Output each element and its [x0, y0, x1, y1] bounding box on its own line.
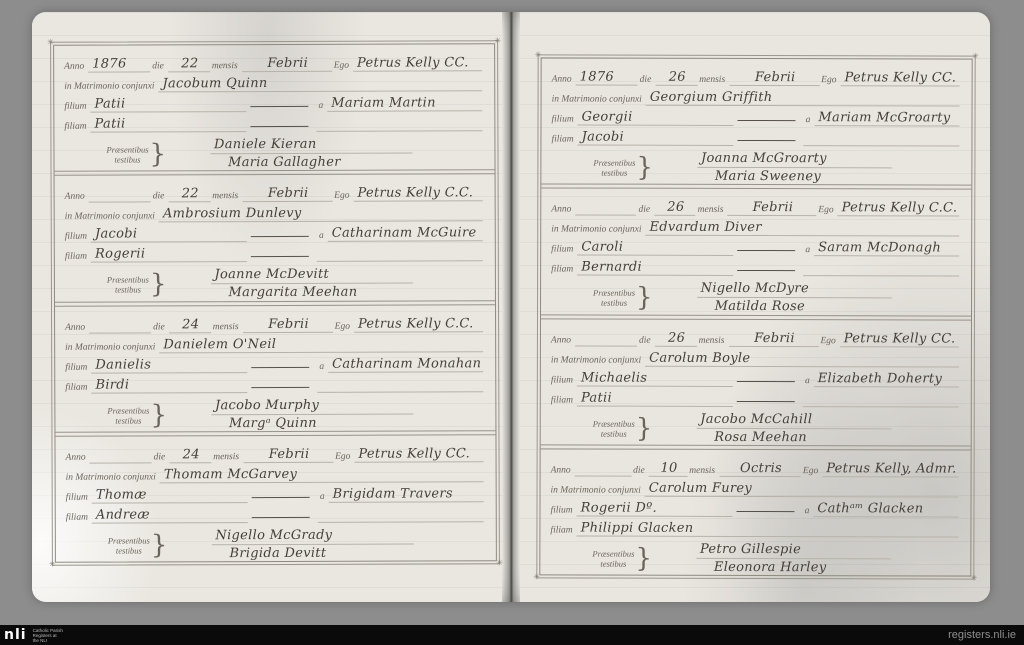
label-ego: Ego	[333, 321, 354, 332]
field-witness1: Joanne McDevitt	[210, 266, 412, 285]
label-die: die	[151, 322, 169, 333]
ink-dash	[738, 140, 796, 141]
witness-names: Jacobo Murphy Margᵃ Quinn	[211, 396, 484, 432]
entry-groom-row: in Matrimonio conjunxi Ambrosium Dunlevy	[63, 202, 483, 223]
label-filium: filium	[62, 102, 90, 113]
field-witness1: Daniele Kieran	[210, 136, 412, 155]
label-testibus: Præsentibus testibus	[107, 405, 149, 425]
label-ego: Ego	[332, 61, 353, 72]
field-groom-father: Rogerii Dº.	[577, 500, 733, 516]
label-filium: filium	[549, 245, 577, 256]
field-year	[89, 202, 151, 203]
label-testibus: Præsentibus testibus	[592, 548, 634, 568]
label-a: a	[803, 506, 814, 517]
field-groom-father: Jacobi	[91, 226, 247, 243]
brace-glyph: }	[635, 543, 652, 573]
field-witness2: Maria Gallagher	[224, 153, 426, 171]
witness-names: Petro Gillespie Eleonora Harley	[696, 541, 959, 576]
field-year: 1876	[88, 56, 150, 72]
label-filium: filium	[63, 362, 91, 373]
entry-bride-father-row: filiam Patii	[549, 386, 959, 407]
label-a: a	[803, 245, 814, 256]
field-bride: Mariam McGroarty	[814, 110, 959, 126]
entry-date-row: Anno 1876 die 26 mensis Febrii Ego Petru…	[550, 65, 960, 86]
label-filiam: filiam	[548, 525, 576, 536]
entry-groom-row: in Matrimonio conjunxi Thomam McGarvey	[64, 462, 484, 483]
nli-caption: Catholic Parish Registers at the NLI	[33, 628, 63, 643]
entry-fathers-row: filium Georgii a Mariam McGroarty	[550, 105, 960, 126]
field-witness2: Eleonora Harley	[710, 559, 905, 576]
marriage-entry: Anno 1876 die 22 mensis Febrii Ego Petru…	[54, 44, 494, 171]
label-anno: Anno	[549, 335, 575, 346]
field-bride-father: Jacobi	[578, 130, 734, 146]
field-bride: Cathᵃᵐ Glacken	[813, 501, 958, 517]
entry-bride-father-row: filiam Andreæ	[64, 502, 484, 523]
field-bride-father: Patii	[91, 116, 247, 133]
field-year	[89, 332, 151, 333]
ink-dash	[251, 386, 309, 387]
field-witness2: Maria Sweeney	[711, 168, 906, 185]
ruled-line	[317, 130, 483, 132]
label-a: a	[317, 231, 328, 242]
field-day: 24	[169, 447, 211, 463]
field-witness1: Nigello McGrady	[211, 526, 413, 545]
field-witness2: Rosa Meehan	[710, 428, 905, 445]
field-priest: Petrus Kelly C.C.	[353, 186, 482, 202]
field-witness2: Margarita Meehan	[225, 284, 427, 302]
field-day: 22	[168, 186, 210, 202]
witnesses-row: Præsentibus testibus } Daniele Kieran Ma…	[106, 135, 482, 171]
field-groom: Jacobum Quinn	[158, 75, 482, 92]
ruled-line	[803, 275, 959, 276]
ink-dash	[252, 497, 310, 498]
entry-groom-row: in Matrimonio conjunxi Jacobum Quinn	[62, 71, 482, 92]
entry-bride-father-row: filiam Patii	[62, 111, 482, 132]
entry-date-row: Anno die 26 mensis Febrii Ego Petrus Kel…	[549, 326, 959, 347]
label-a: a	[804, 115, 815, 126]
field-bride-father: Andreæ	[92, 507, 248, 524]
field-bride: Mariam Martin	[327, 95, 482, 112]
ink-dash	[251, 256, 309, 257]
brace-glyph: }	[636, 413, 653, 443]
label-conjunxi: in Matrimonio conjunxi	[549, 355, 645, 366]
field-groom-father: Georgii	[578, 110, 734, 126]
ruled-line	[733, 536, 959, 538]
label-filiam: filiam	[62, 122, 90, 133]
label-filiam: filiam	[64, 512, 92, 523]
corner-ornament: ✳	[49, 561, 56, 569]
field-month: Febrii	[727, 200, 816, 216]
entry-groom-row: in Matrimonio conjunxi Edvardum Diver	[549, 216, 959, 237]
label-testibus: Præsentibus testibus	[593, 288, 635, 308]
label-mensis: mensis	[697, 335, 729, 346]
page-frame: ✳ ✳ ✳ ✳ Anno 1876 die 22 mensis Febrii E…	[53, 43, 497, 563]
ink-dash	[251, 236, 309, 237]
label-anno: Anno	[64, 452, 90, 463]
field-witness1: Jacobo McCahill	[696, 410, 891, 429]
entry-date-row: Anno die 26 mensis Febrii Ego Petrus Kel…	[549, 196, 959, 217]
label-ego: Ego	[816, 205, 837, 216]
ink-dash	[250, 106, 308, 107]
ruled-line	[804, 145, 960, 146]
label-mensis: mensis	[696, 205, 728, 216]
label-conjunxi: in Matrimonio conjunxi	[63, 342, 159, 353]
field-bride-father: Rogerii	[91, 246, 247, 263]
entry-fathers-row: filium Thomæ a Brigidam Travers	[64, 482, 484, 503]
label-anno: Anno	[62, 62, 88, 73]
field-witness1: Petro Gillespie	[696, 541, 891, 560]
witnesses-row: Præsentibus testibus } Petro Gillespie E…	[592, 540, 958, 575]
label-anno: Anno	[63, 322, 89, 333]
ink-dash	[251, 126, 309, 127]
field-groom-father: Danielis	[91, 357, 247, 374]
field-groom-father: Caroli	[577, 240, 733, 256]
page-frame: ✳ ✳ ✳ ✳ Anno 1876 die 26 mensis Febrii E…	[539, 57, 972, 576]
witnesses-row: Præsentibus testibus } Jacobo Murphy Mar…	[107, 396, 483, 432]
label-mensis: mensis	[697, 75, 729, 86]
label-anno: Anno	[549, 205, 575, 216]
site-url: registers.nli.ie	[948, 629, 1024, 641]
field-day: 26	[655, 330, 697, 346]
brace-glyph: }	[149, 139, 166, 169]
field-witness1: Nigello McDyre	[697, 280, 892, 299]
ruled-line	[317, 391, 483, 393]
label-conjunxi: in Matrimonio conjunxi	[550, 94, 646, 105]
entry-date-row: Anno 1876 die 22 mensis Febrii Ego Petru…	[62, 51, 482, 72]
field-month: Febrii	[242, 186, 332, 202]
entry-bride-father-row: filiam Philippi Glacken	[548, 516, 958, 537]
field-month: Febrii	[243, 447, 333, 463]
register-page-right: ✳ ✳ ✳ ✳ Anno 1876 die 26 mensis Febrii E…	[520, 12, 990, 602]
label-die: die	[638, 75, 656, 86]
field-groom: Georgium Griffith	[646, 90, 960, 107]
field-groom: Thomam McGarvey	[160, 466, 484, 483]
ruled-line	[317, 261, 483, 263]
label-die: die	[631, 465, 649, 476]
corner-ornament: ✳	[535, 51, 542, 59]
label-conjunxi: in Matrimonio conjunxi	[62, 81, 158, 92]
nli-watermark-bar: nli Catholic Parish Registers at the NLI…	[0, 625, 1024, 645]
marriage-entry: Anno die 24 mensis Febrii Ego Petrus Kel…	[55, 435, 495, 562]
field-month: Febrii	[729, 70, 819, 86]
field-groom-father: Patii	[90, 96, 246, 113]
label-mensis: mensis	[211, 452, 243, 463]
label-anno: Anno	[63, 192, 89, 203]
entry-date-row: Anno die 22 mensis Febrii Ego Petrus Kel…	[63, 182, 483, 203]
entry-fathers-row: filium Rogerii Dº. a Cathᵃᵐ Glacken	[548, 496, 958, 517]
witnesses-row: Præsentibus testibus } Nigello McGrady B…	[108, 526, 484, 562]
field-witness2: Margᵃ Quinn	[225, 414, 427, 432]
label-testibus: Præsentibus testibus	[108, 535, 150, 555]
ruled-line	[803, 406, 959, 407]
label-anno: Anno	[549, 465, 575, 476]
entry-fathers-row: filium Jacobi a Catharinam McGuire	[63, 222, 483, 243]
field-priest: Petrus Kelly CC.	[840, 331, 959, 347]
field-bride-father: Birdi	[91, 377, 247, 394]
field-day: 10	[649, 460, 688, 476]
label-filiam: filiam	[549, 134, 577, 145]
witness-names: Daniele Kieran Maria Gallagher	[210, 135, 483, 171]
label-anno: Anno	[550, 74, 576, 85]
label-mensis: mensis	[210, 191, 242, 202]
field-bride-father: Bernardi	[577, 260, 733, 276]
marriage-entry: Anno die 26 mensis Febrii Ego Petrus Kel…	[541, 319, 971, 445]
label-filium: filium	[64, 492, 92, 503]
brace-glyph: }	[636, 153, 653, 183]
ink-dash	[252, 517, 310, 518]
entry-bride-father-row: filiam Rogerii	[63, 242, 483, 263]
witnesses-row: Præsentibus testibus } Jacobo McCahill R…	[593, 410, 959, 445]
label-ego: Ego	[332, 191, 353, 202]
field-priest: Petrus Kelly CC.	[840, 70, 959, 86]
field-groom: Ambrosium Dunlevy	[159, 206, 483, 223]
marriage-entry: Anno die 26 mensis Febrii Ego Petrus Kel…	[541, 189, 971, 315]
entry-groom-row: in Matrimonio conjunxi Carolum Boyle	[549, 346, 959, 367]
field-bride: Elizabeth Doherty	[814, 371, 959, 387]
register-book-scan: ✳ ✳ ✳ ✳ Anno 1876 die 22 mensis Febrii E…	[32, 12, 990, 602]
field-day: 26	[654, 200, 696, 216]
ink-dash	[737, 270, 795, 271]
label-die: die	[637, 335, 655, 346]
nli-logo: nli	[4, 625, 27, 645]
label-ego: Ego	[819, 75, 840, 86]
witness-names: Joanna McGroarty Maria Sweeney	[697, 150, 960, 185]
entry-fathers-row: filium Danielis a Catharinam Monahan	[63, 352, 483, 373]
entry-groom-row: in Matrimonio conjunxi Carolum Furey	[549, 476, 959, 497]
entry-groom-row: in Matrimonio conjunxi Georgium Griffith	[550, 85, 960, 106]
field-witness1: Joanna McGroarty	[697, 150, 892, 169]
label-a: a	[317, 361, 328, 372]
ink-dash	[737, 250, 795, 251]
field-day: 26	[655, 70, 697, 86]
field-bride: Catharinam Monahan	[328, 356, 483, 373]
label-a: a	[803, 376, 814, 387]
witness-names: Nigello McGrady Brigida Devitt	[211, 526, 484, 562]
field-priest: Petrus Kelly, Admr.	[822, 461, 958, 477]
label-mensis: mensis	[211, 322, 243, 333]
entry-fathers-row: filium Caroli a Saram McDonagh	[549, 236, 959, 257]
entry-bride-father-row: filiam Jacobi	[549, 125, 959, 146]
field-priest: Petrus Kelly C.C.	[838, 200, 960, 216]
witness-names: Nigello McDyre Matilda Rose	[697, 280, 960, 315]
entry-bride-father-row: filiam Birdi	[63, 372, 483, 393]
label-filiam: filiam	[549, 265, 577, 276]
label-conjunxi: in Matrimonio conjunxi	[549, 485, 645, 496]
label-testibus: Præsentibus testibus	[107, 275, 149, 295]
label-conjunxi: in Matrimonio conjunxi	[63, 212, 159, 223]
corner-ornament: ✳	[533, 573, 540, 581]
field-year	[575, 215, 636, 216]
ink-dash	[738, 120, 796, 121]
label-ego: Ego	[818, 336, 839, 347]
field-day: 24	[169, 317, 211, 333]
label-mensis: mensis	[687, 466, 719, 477]
field-year: 1876	[576, 70, 638, 86]
scan-viewer: ✳ ✳ ✳ ✳ Anno 1876 die 22 mensis Febrii E…	[0, 0, 1024, 645]
brace-glyph: }	[151, 530, 168, 560]
field-witness2: Brigida Devitt	[225, 544, 427, 562]
field-priest: Petrus Kelly CC.	[353, 55, 482, 71]
label-a: a	[318, 492, 329, 503]
witness-names: Jacobo McCahill Rosa Meehan	[696, 410, 959, 445]
marriage-entry: Anno die 24 mensis Febrii Ego Petrus Kel…	[55, 305, 495, 432]
register-page-left: ✳ ✳ ✳ ✳ Anno 1876 die 22 mensis Febrii E…	[32, 12, 502, 602]
marriage-entry: Anno die 22 mensis Febrii Ego Petrus Kel…	[55, 174, 495, 301]
field-groom: Danielem O'Neil	[159, 336, 483, 353]
entry-groom-row: in Matrimonio conjunxi Danielem O'Neil	[63, 332, 483, 353]
label-die: die	[152, 452, 170, 463]
field-groom-father: Thomæ	[92, 487, 248, 504]
corner-ornament: ✳	[971, 575, 978, 583]
field-witness2: Matilda Rose	[711, 298, 906, 315]
field-month: Febrii	[243, 316, 333, 332]
book-spine	[502, 12, 520, 602]
field-day: 22	[168, 56, 210, 72]
field-month: Febrii	[728, 330, 818, 346]
label-die: die	[151, 192, 169, 203]
label-filium: filium	[550, 114, 578, 125]
field-month: Octris	[719, 461, 801, 477]
field-witness1: Jacobo Murphy	[211, 396, 413, 415]
label-filiam: filiam	[63, 382, 91, 393]
field-groom-father: Michaelis	[577, 370, 733, 386]
witnesses-row: Præsentibus testibus } Joanna McGroarty …	[593, 150, 959, 185]
field-month: Febrii	[242, 56, 332, 72]
ink-dash	[737, 400, 795, 401]
field-groom: Carolum Furey	[645, 480, 959, 497]
entry-fathers-row: filium Patii a Mariam Martin	[62, 91, 482, 112]
label-filiam: filiam	[63, 252, 91, 263]
ink-dash	[251, 366, 309, 367]
marriage-entry: Anno die 10 mensis Octris Ego Petrus Kel…	[540, 449, 970, 575]
label-conjunxi: in Matrimonio conjunxi	[549, 225, 645, 236]
label-mensis: mensis	[210, 61, 242, 72]
witness-names: Joanne McDevitt Margarita Meehan	[210, 266, 483, 302]
label-ego: Ego	[801, 466, 822, 477]
label-conjunxi: in Matrimonio conjunxi	[64, 472, 160, 483]
ruled-line	[318, 521, 484, 523]
label-die: die	[150, 61, 168, 72]
witnesses-row: Præsentibus testibus } Nigello McDyre Ma…	[593, 280, 959, 315]
label-filiam: filiam	[549, 395, 577, 406]
field-year	[90, 462, 152, 463]
ink-dash	[737, 511, 795, 512]
corner-ornament: ✳	[47, 39, 54, 47]
entry-fathers-row: filium Michaelis a Elizabeth Doherty	[549, 366, 959, 387]
label-ego: Ego	[333, 451, 354, 462]
field-groom: Carolum Boyle	[645, 350, 959, 367]
label-die: die	[637, 205, 655, 216]
brace-glyph: }	[150, 400, 167, 430]
field-priest: Petrus Kelly C.C.	[354, 316, 483, 332]
field-bride: Catharinam McGuire	[328, 226, 483, 243]
field-bride-father: Patii	[577, 390, 733, 406]
ink-dash	[737, 380, 795, 381]
field-bride: Saram McDonagh	[814, 240, 959, 256]
corner-ornament: ✳	[496, 559, 503, 567]
field-bride: Brigidam Travers	[329, 486, 484, 503]
entry-date-row: Anno die 24 mensis Febrii Ego Petrus Kel…	[63, 312, 483, 333]
label-testibus: Præsentibus testibus	[593, 158, 635, 178]
brace-glyph: }	[636, 283, 653, 313]
field-priest: Petrus Kelly CC.	[354, 446, 483, 462]
corner-ornament: ✳	[494, 37, 501, 45]
label-testibus: Præsentibus testibus	[593, 418, 635, 438]
entry-date-row: Anno die 10 mensis Octris Ego Petrus Kel…	[549, 456, 959, 477]
entry-date-row: Anno die 24 mensis Febrii Ego Petrus Kel…	[63, 442, 483, 463]
field-groom: Edvardum Diver	[645, 220, 959, 237]
witnesses-row: Præsentibus testibus } Joanne McDevitt M…	[107, 266, 483, 302]
field-bride-father: Philippi Glacken	[577, 520, 733, 536]
label-filium: filium	[549, 375, 577, 386]
label-filium: filium	[63, 232, 91, 243]
entry-bride-father-row: filiam Bernardi	[549, 256, 959, 277]
marriage-entry: Anno 1876 die 26 mensis Febrii Ego Petru…	[541, 58, 971, 184]
corner-ornament: ✳	[972, 53, 979, 61]
label-testibus: Præsentibus testibus	[106, 144, 148, 164]
field-year	[575, 475, 632, 476]
brace-glyph: }	[150, 270, 167, 300]
field-year	[575, 345, 637, 346]
label-filium: filium	[548, 505, 576, 516]
label-a: a	[316, 101, 327, 112]
